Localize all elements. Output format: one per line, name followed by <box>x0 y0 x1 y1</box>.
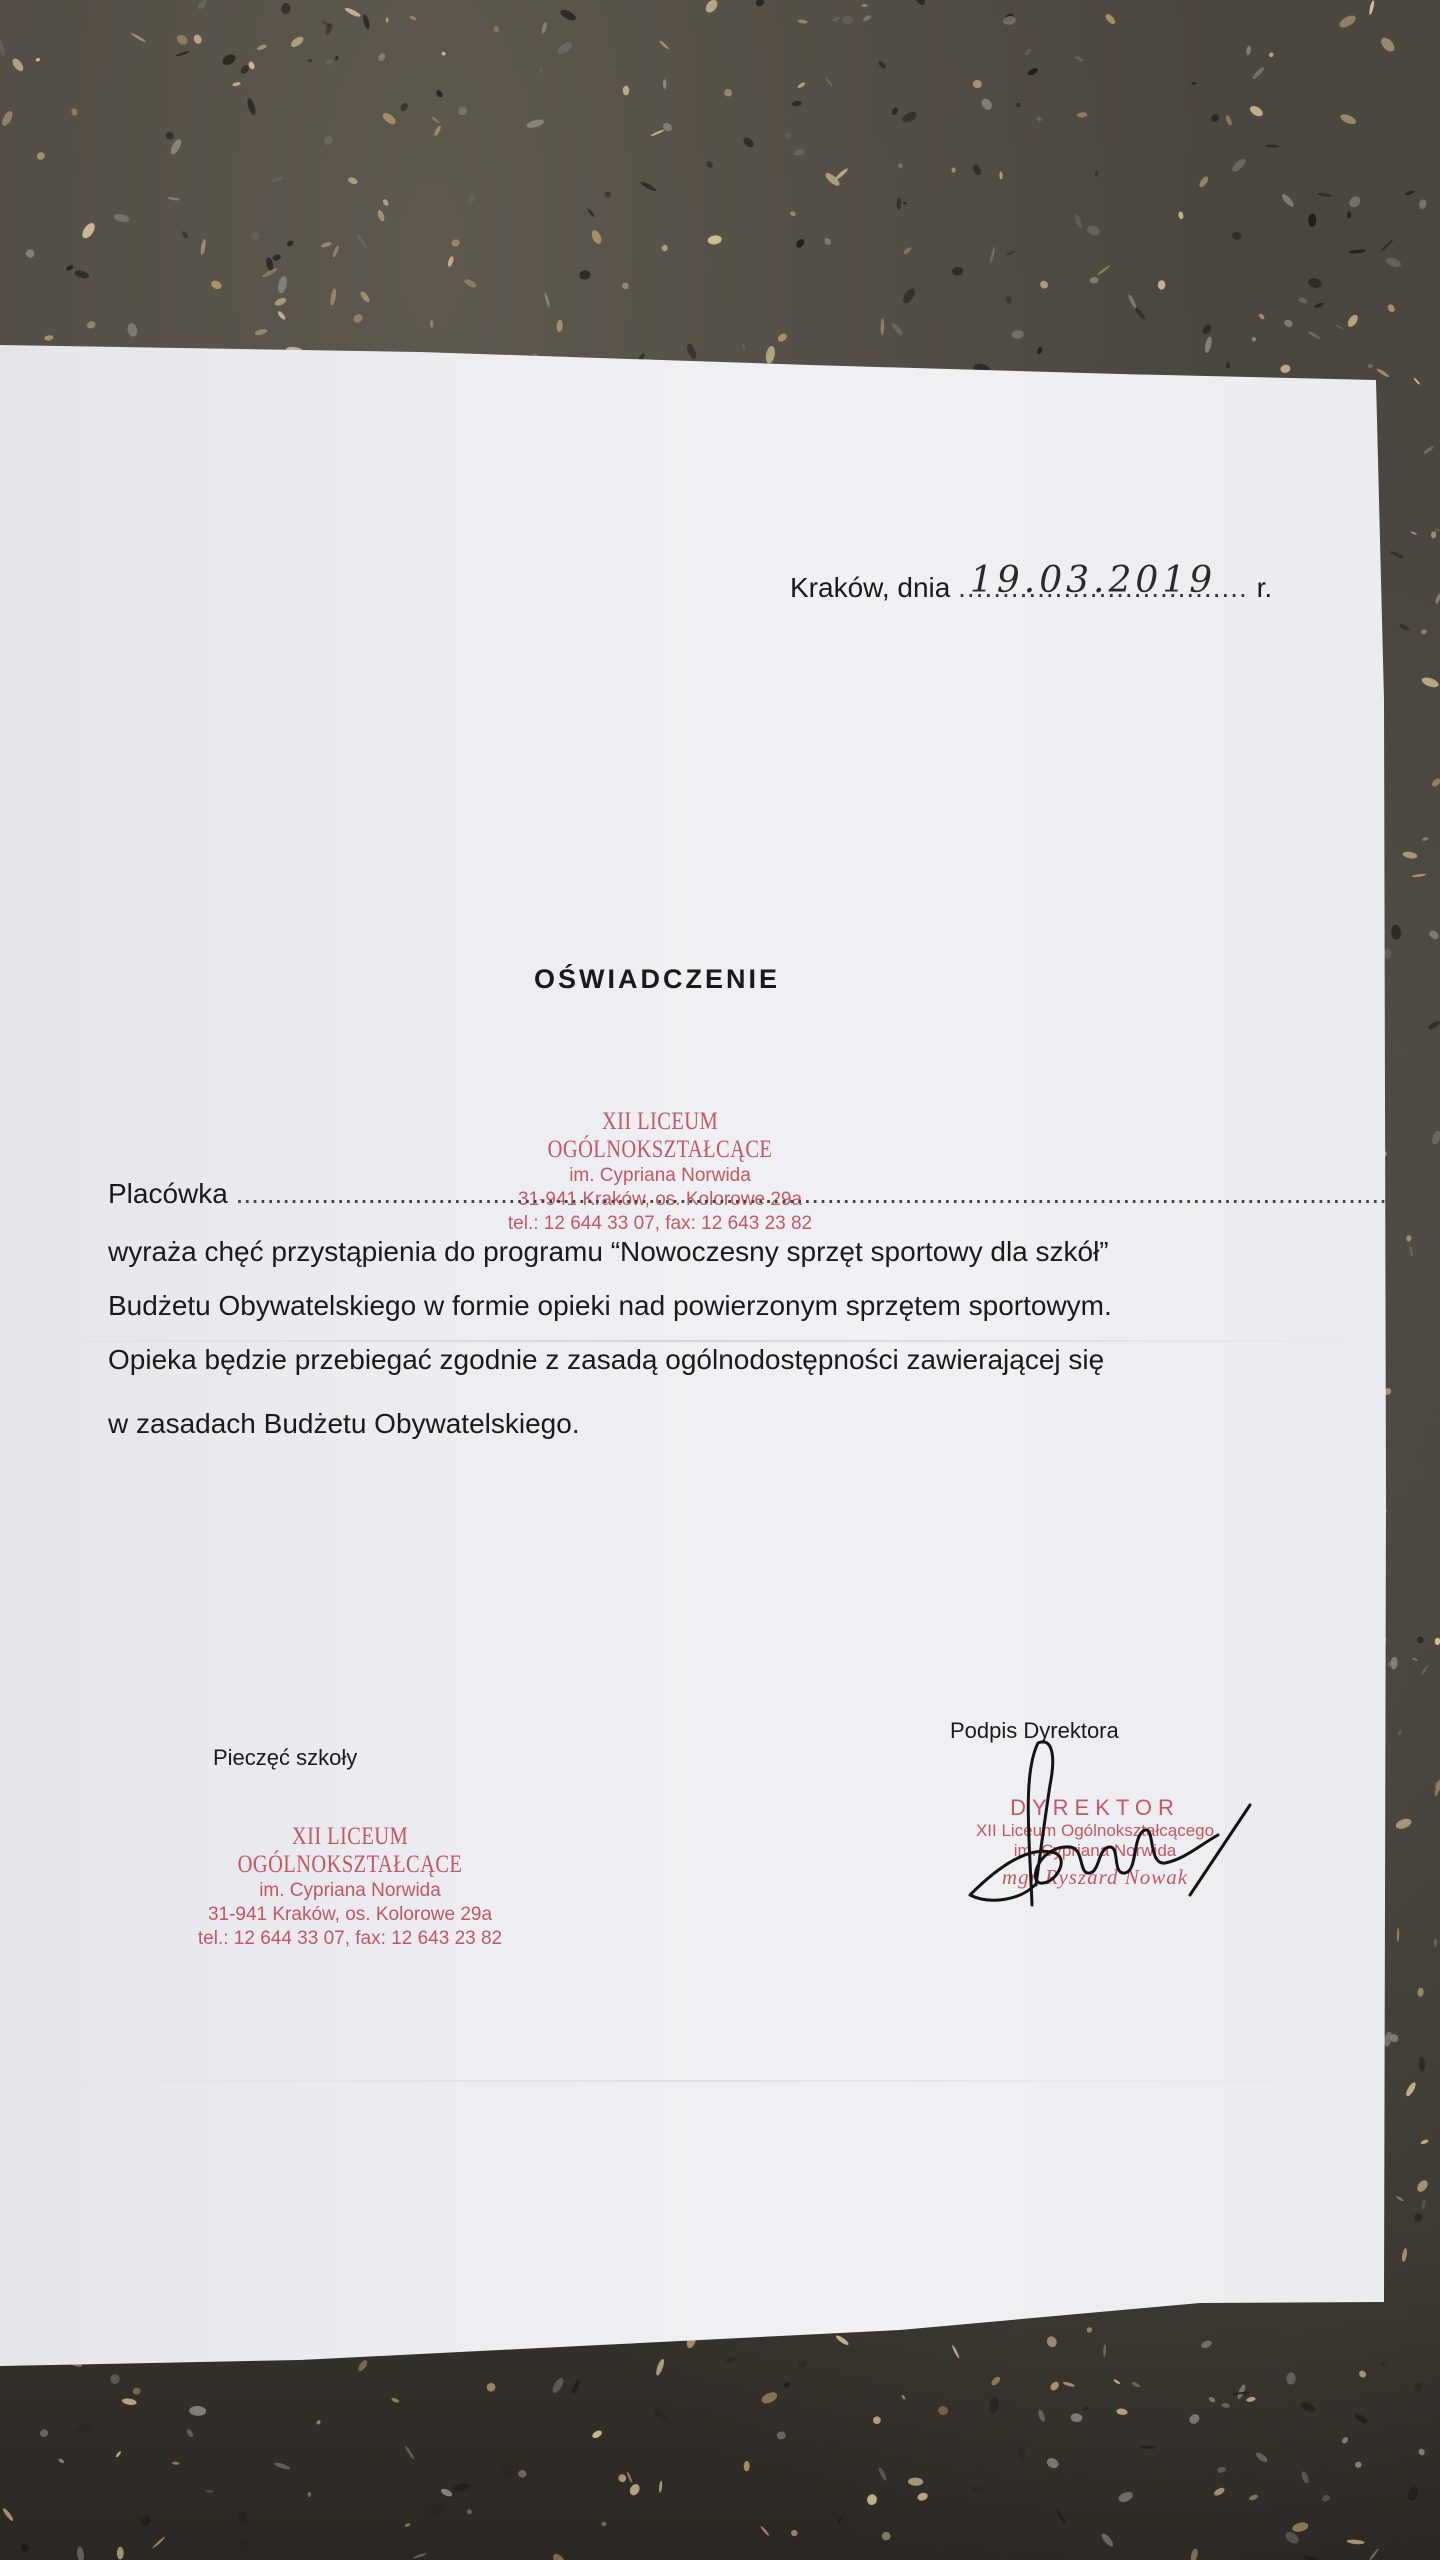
school-stamp: XII LICEUM OGÓLNOKSZTAŁCĄCE im. Cypriana… <box>170 1823 530 1951</box>
body-line-2: Budżetu Obywatelskiego w formie opieki n… <box>108 1290 1112 1322</box>
place-date-suffix: r. <box>1257 572 1273 603</box>
school-stamp-label: Pieczęć szkoły <box>213 1745 357 1771</box>
document-paper: Kraków, dnia ...........................… <box>0 0 1440 2560</box>
document-title: OŚWIADCZENIE <box>534 964 780 995</box>
stamp-address: 31-941 Kraków, os. Kolorowe 29a <box>170 1903 530 1927</box>
stamp-contact: tel.: 12 644 33 07, fax: 12 643 23 82 <box>470 1212 850 1236</box>
placowka-dotted-field: ........................................… <box>236 1178 1411 1209</box>
place-date-prefix: Kraków, dnia <box>790 572 950 603</box>
director-signature-icon <box>960 1735 1260 1915</box>
handwritten-date: 19.03.2019 <box>970 560 1216 601</box>
place-date-line: Kraków, dnia ...........................… <box>790 572 1272 604</box>
stamp-patron: im. Cypriana Norwida <box>170 1879 530 1903</box>
body-line-4: w zasadach Budżetu Obywatelskiego. <box>108 1408 580 1440</box>
stamp-school-name: XII LICEUM OGÓLNOKSZTAŁCĄCE <box>202 1823 497 1879</box>
placowka-label: Placówka <box>108 1178 228 1209</box>
body-line-3: Opieka będzie przebiegać zgodnie z zasad… <box>108 1344 1104 1376</box>
paper-fold-line <box>0 1340 1384 1342</box>
body-line-1: wyraża chęć przystąpienia do programu “N… <box>108 1236 1109 1268</box>
stamp-contact: tel.: 12 644 33 07, fax: 12 643 23 82 <box>170 1927 530 1951</box>
placowka-line: Placówka ...............................… <box>108 1178 1410 1210</box>
stamp-school-name: XII LICEUM OGÓLNOKSZTAŁCĄCE <box>504 1108 816 1164</box>
school-stamp-placowka: XII LICEUM OGÓLNOKSZTAŁCĄCE im. Cypriana… <box>470 1108 850 1236</box>
paper-fold-line <box>0 2080 1384 2082</box>
